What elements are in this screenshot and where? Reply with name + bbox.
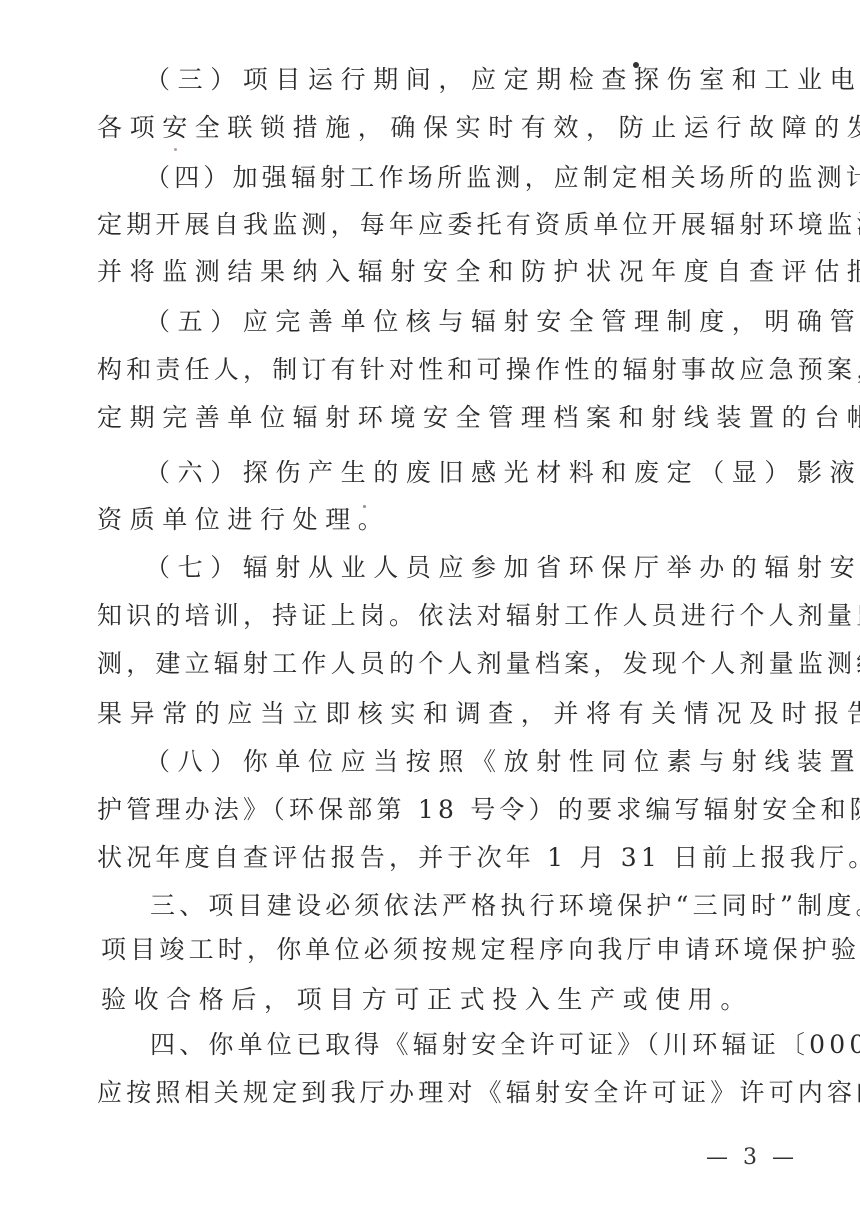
- text-line: 项目竣工时，你单位必须按规定程序向我厅申请环境保护验收，: [101, 933, 811, 967]
- text-line: 知识的培训，持证上岗。依法对辐射工作人员进行个人剂量监: [97, 599, 807, 633]
- text-line: 验收合格后，项目方可正式投入生产或使用。: [101, 983, 811, 1017]
- text-line: 果异常的应当立即核实和调查，并将有关情况及时报告我厅。: [97, 697, 807, 731]
- text-line: 应按照相关规定到我厅办理对《辐射安全许可证》许可内容的: [97, 1076, 807, 1110]
- text-line: （八）你单位应当按照《放射性同位素与射线装置安全和防: [145, 745, 805, 779]
- text-line: 各项安全联锁措施，确保实时有效，防止运行故障的发生。: [97, 111, 807, 145]
- scan-speck: [363, 505, 366, 508]
- text-line: 定期完善单位辐射环境安全管理档案和射线装置的台帐。: [97, 401, 807, 435]
- text-line: （七）辐射从业人员应参加省环保厅举办的辐射安全和防护: [145, 551, 805, 585]
- text-line: 状况年度自查评估报告，并于次年 1 月 31 日前上报我厅。: [97, 841, 807, 875]
- text-line: （五）应完善单位核与辐射安全管理制度，明确管理组织机: [145, 305, 805, 339]
- scan-speck: [174, 148, 177, 151]
- page-number: — 3 —: [706, 1145, 798, 1170]
- text-line: （三）项目运行期间，应定期检查探伤室和工业电视铅房的: [145, 63, 805, 97]
- document-page: （三）项目运行期间，应定期检查探伤室和工业电视铅房的 各项安全联锁措施，确保实时…: [0, 0, 860, 1210]
- text-line: 构和责任人，制订有针对性和可操作性的辐射事故应急预案，: [97, 353, 807, 387]
- text-line: 四、你单位已取得《辐射安全许可证》（川环辐证〔00028〕），: [150, 1028, 860, 1062]
- scan-speck: [633, 62, 639, 68]
- text-line: （四）加强辐射工作场所监测，应制定相关场所的监测计划，: [145, 161, 805, 195]
- text-line: （六）探伤产生的废旧感光材料和废定（显）影液应委托有: [145, 456, 805, 490]
- text-line: 定期开展自我监测，每年应委托有资质单位开展辐射环境监测，: [97, 208, 807, 242]
- text-line: 测，建立辐射工作人员的个人剂量档案，发现个人剂量监测结: [97, 647, 807, 681]
- text-line: 三、项目建设必须依法严格执行环境保护“三同时”制度。: [150, 889, 860, 923]
- text-line: 资质单位进行处理。: [97, 503, 807, 537]
- text-line: 并将监测结果纳入辐射安全和防护状况年度自查评估报告。: [97, 255, 807, 289]
- text-line: 护管理办法》（环保部第 18 号令）的要求编写辐射安全和防护: [97, 793, 807, 827]
